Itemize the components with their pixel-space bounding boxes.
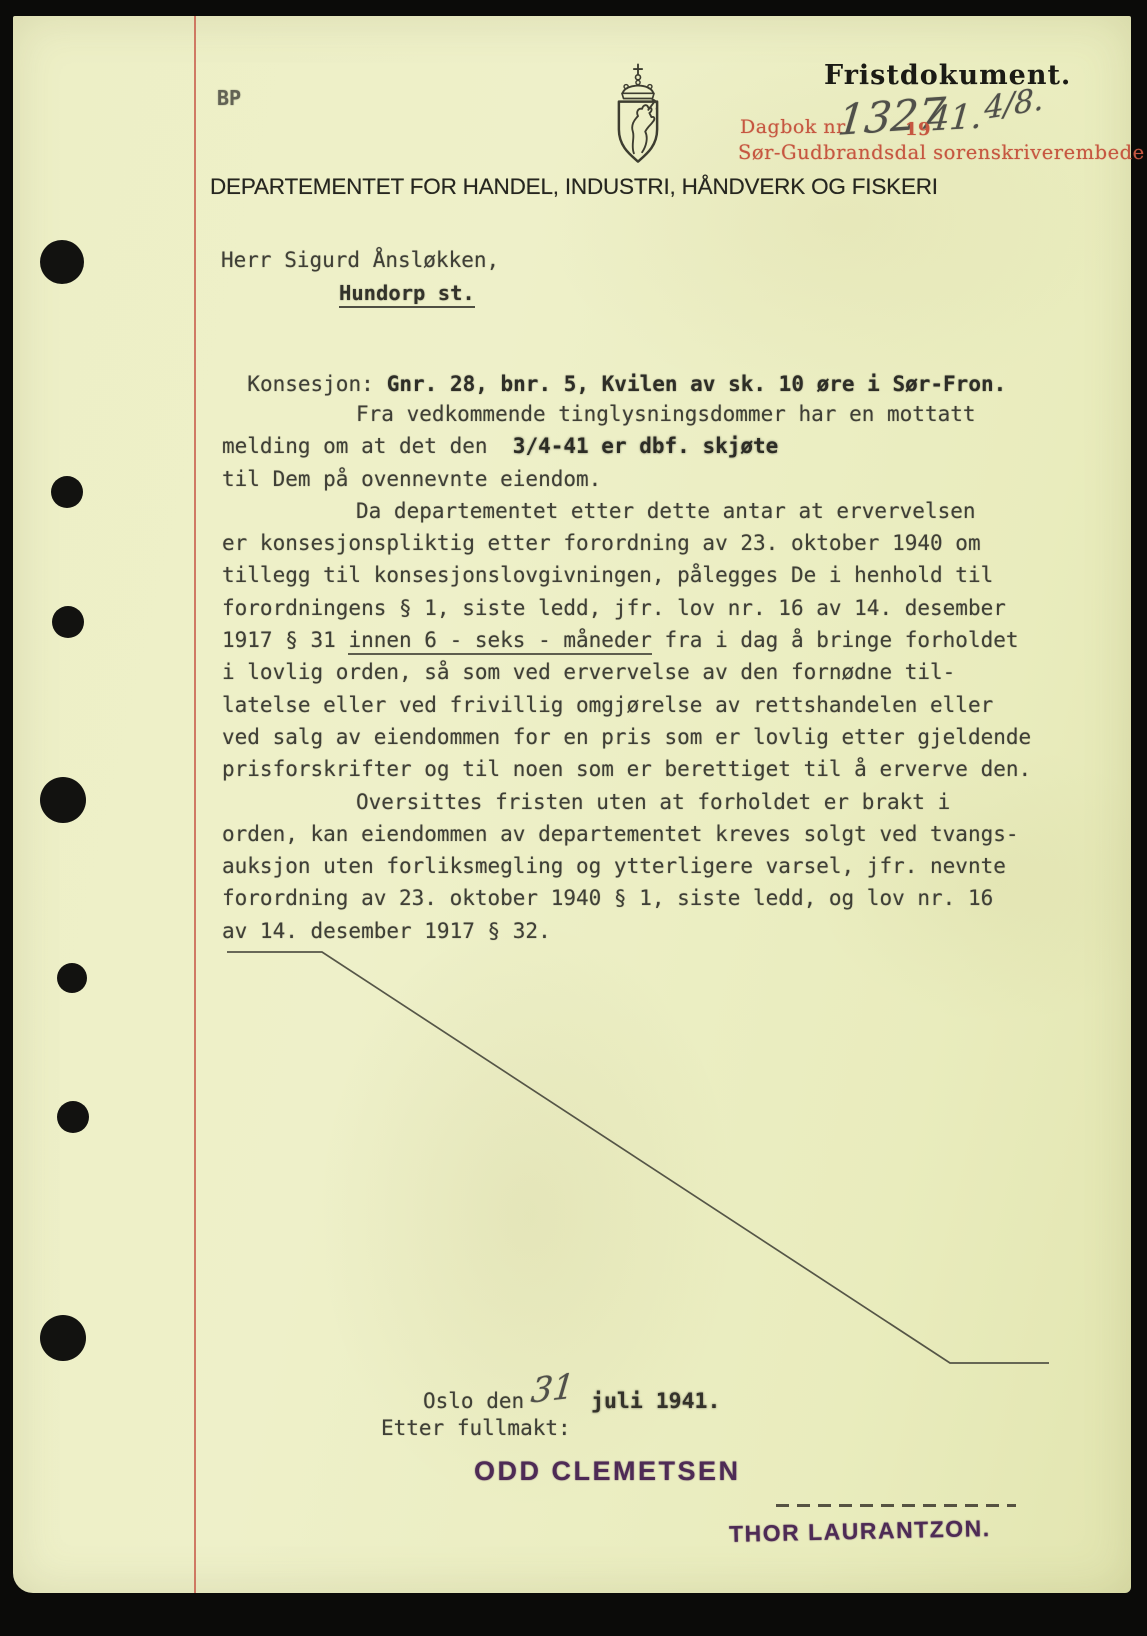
- body-line: Oversittes fristen uten at forholdet er …: [222, 786, 1062, 818]
- body-line: forordning av 23. oktober 1940 § 1, sist…: [222, 882, 1062, 914]
- journal-number-label: Dagbok nr.: [740, 116, 850, 138]
- body-segment: forordning av 23. oktober 1940 § 1, sist…: [222, 886, 993, 910]
- body-line: Da departementet etter dette antar at er…: [222, 495, 1062, 527]
- addressee-name: Herr Sigurd Ånsløkken,: [221, 248, 499, 272]
- body-segment: av 14. desember 1917 § 32.: [222, 919, 551, 943]
- punch-hole: [52, 606, 84, 638]
- punch-hole: [40, 777, 86, 823]
- body-text: Fra vedkommende tinglysningsdommer har e…: [222, 398, 1062, 947]
- body-segment: fra i dag å bringe forholdet: [652, 628, 1019, 652]
- scanned-document-page: { "page": { "bp_mark": "BP", "doc_type":…: [0, 0, 1147, 1636]
- punch-hole: [57, 1101, 89, 1133]
- body-line: orden, kan eiendommen av departementet k…: [222, 818, 1062, 850]
- body-segment: i lovlig orden, så som ved ervervelse av…: [222, 660, 955, 684]
- body-line: melding om at det den 3/4-41 er dbf. skj…: [222, 430, 1062, 462]
- body-segment: til Dem på ovennevnte eiendom.: [222, 467, 601, 491]
- coat-of-arms-icon: [607, 62, 669, 166]
- body-segment: Fra vedkommende tinglysningsdommer har e…: [356, 402, 976, 426]
- year-handwritten: 41.: [926, 96, 984, 139]
- subject-property-value: Gnr. 28, bnr. 5, Kvilen av sk. 10 øre i …: [387, 372, 1007, 396]
- punch-hole: [57, 963, 87, 993]
- body-segment: er konsesjonspliktig etter forordning av…: [222, 531, 981, 555]
- body-segment: ved salg av eiendommen for en pris som e…: [222, 725, 1031, 749]
- body-segment: auksjon uten forliksmegling og ytterlige…: [222, 854, 1006, 878]
- body-segment: orden, kan eiendommen av departementet k…: [222, 822, 1019, 846]
- body-line: Fra vedkommende tinglysningsdommer har e…: [222, 398, 1062, 430]
- authority-line: Etter fullmakt:: [381, 1416, 571, 1440]
- body-segment-underline: innen 6 - seks - måneder: [348, 628, 651, 655]
- punch-hole: [40, 240, 84, 284]
- body-line: forordningens § 1, siste ledd, jfr. lov …: [222, 592, 1062, 624]
- body-line: av 14. desember 1917 § 32.: [222, 915, 1062, 947]
- office-initials-mark: BP: [217, 86, 241, 110]
- body-segment: Da departementet etter dette antar at er…: [356, 499, 976, 523]
- punch-hole: [40, 1315, 86, 1361]
- subject-line: Konsesjon:Gnr. 28, bnr. 5, Kvilen av sk.…: [222, 348, 1006, 396]
- body-line: 1917 § 31 innen 6 - seks - måneder fra i…: [222, 624, 1062, 656]
- body-segment: tillegg til konsesjonslovgivningen, påle…: [222, 563, 993, 587]
- body-segment: forordningens § 1, siste ledd, jfr. lov …: [222, 596, 1006, 620]
- body-segment: melding om at det den: [222, 434, 513, 458]
- body-segment: 1917 § 31: [222, 628, 348, 652]
- body-line: tillegg til konsesjonslovgivningen, påle…: [222, 559, 1062, 591]
- body-line: til Dem på ovennevnte eiendom.: [222, 463, 1062, 495]
- addressee-place: Hundorp st.: [339, 281, 475, 308]
- body-segment: latelse eller ved frivillig omgjørelse a…: [222, 693, 993, 717]
- court-office-stamp: Sør-Gudbrandsdal sorenskriverembede: [738, 141, 1145, 164]
- punch-hole: [51, 476, 83, 508]
- body-line: auksjon uten forliksmegling og ytterlige…: [222, 850, 1062, 882]
- body-line: prisforskrifter og til noen som er beret…: [222, 753, 1062, 785]
- body-segment-stamp: 3/4-41 er dbf. skjøte: [513, 434, 779, 458]
- signature-month-year-stamp: juli 1941.: [591, 1389, 720, 1414]
- body-line: er konsesjonspliktig etter forordning av…: [222, 527, 1062, 559]
- body-line: latelse eller ved frivillig omgjørelse a…: [222, 689, 1062, 721]
- signature-dashed-line: [776, 1504, 1016, 1507]
- signature-place-date-label: Oslo den: [423, 1389, 524, 1413]
- signer-name-stamp: ODD CLEMETSEN: [474, 1456, 741, 1487]
- body-line: ved salg av eiendommen for en pris som e…: [222, 721, 1062, 753]
- body-segment: Oversittes fristen uten at forholdet er …: [356, 790, 950, 814]
- department-letterhead: DEPARTEMENTET FOR HANDEL, INDUSTRI, HÅND…: [210, 174, 938, 200]
- signature-day-handwritten: 31: [529, 1366, 576, 1411]
- body-line: i lovlig orden, så som ved ervervelse av…: [222, 656, 1062, 688]
- subject-label: Konsesjon:: [247, 372, 373, 396]
- red-margin-line: [194, 16, 196, 1593]
- body-segment: prisforskrifter og til noen som er beret…: [222, 757, 1031, 781]
